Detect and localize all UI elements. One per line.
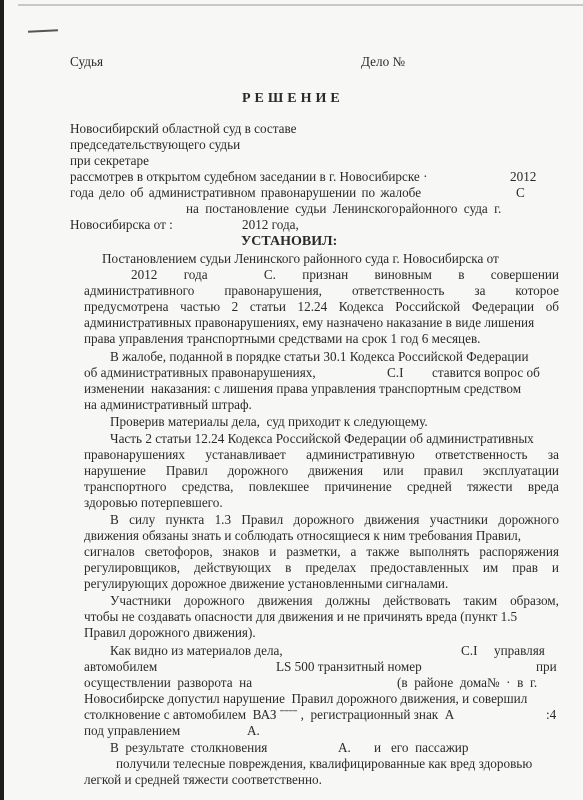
p6-line-1: Участники дорожного движения должны дейс… xyxy=(110,593,559,609)
p7-line-6b: А. xyxy=(247,723,260,739)
p5-line-2: движения обязаны знать и соблюдать относ… xyxy=(84,528,521,544)
intro-line-4: рассмотрев в открытом судебном заседании… xyxy=(70,169,427,185)
p2-line-4: на административный штраф. xyxy=(84,397,252,413)
p7-line-6a: под управлением xyxy=(84,723,180,739)
p3-line-1: Проверив материалы дела, суд приходит к … xyxy=(110,414,428,430)
p1-line-4: предусмотрена частью 2 статьи 12.24 Коде… xyxy=(84,299,559,315)
intro-line-6: на постановление судьи Ленинского xyxy=(186,201,398,217)
p1-line-2: 2012 года С. признан виновным в совершен… xyxy=(131,267,559,283)
p2-line-1: В жалобе, поданной в порядке статьи 30.1… xyxy=(110,349,529,365)
p7-line-3a: осуществлении разворота на xyxy=(84,675,252,691)
p1-line-5: административных правонарушениях, ему на… xyxy=(84,315,534,331)
p1-line-6: права управления транспортными средствам… xyxy=(84,331,480,347)
p7-line-3b: (в районе дома№ · в г. xyxy=(397,675,537,691)
p4-line-1: Часть 2 статьи 12.24 Кодекса Российской … xyxy=(110,431,534,447)
intro-line-6b: районного суда г. xyxy=(399,201,501,217)
p7-line-2c: при xyxy=(536,659,557,675)
case-number-label: Дело № xyxy=(361,54,405,70)
p2-line-2c: ставится вопрос об xyxy=(432,365,540,381)
p7-line-1c: управляя xyxy=(494,643,545,659)
p7-line-5b: :4 xyxy=(546,707,556,723)
scan-left-edge xyxy=(0,0,4,800)
p6-line-3: Правил дорожного движения). xyxy=(84,625,256,641)
p4-line-4: транспортного средства, повлекшее причин… xyxy=(84,479,559,495)
scan-top-edge xyxy=(18,4,583,6)
corner-pen-mark xyxy=(28,29,58,33)
p1-line-1: Постановлением судьи Ленинского районног… xyxy=(102,251,499,267)
intro-line-1: Новосибирский областной суд в составе xyxy=(70,121,297,137)
p5-line-3: сигналов светофоров, знаков и разметки, … xyxy=(84,544,559,560)
p2-line-3: изменении наказания: с лишения права упр… xyxy=(84,381,521,397)
intro-line-3: при секретаре xyxy=(70,153,149,169)
p7-line-1b: С.I xyxy=(461,643,477,659)
p7-line-4: Новосибирске допустил нарушение Правил д… xyxy=(84,691,527,707)
p8-line-1c: и его пассажир xyxy=(374,740,468,756)
document-title: РЕШЕНИЕ xyxy=(242,91,344,107)
judge-label: Судья xyxy=(70,54,103,70)
p5-line-1: В силу пункта 1.3 Правил дорожного движе… xyxy=(110,512,559,528)
p7-line-1a: Как видно из материалов дела, xyxy=(110,643,283,659)
p5-line-5: регулирующих дорожное движение установле… xyxy=(84,576,448,592)
document-page: Судья Дело № РЕШЕНИЕ Новосибирский облас… xyxy=(4,0,583,800)
intro-year: 2012 xyxy=(510,169,536,185)
established-heading: УСТАНОВИЛ: xyxy=(241,234,337,250)
p8-line-2: получили телесные повреждения, квалифици… xyxy=(116,756,532,772)
intro-line-5: года дело об административном правонаруш… xyxy=(70,185,421,201)
p2-line-2a: об административных правонарушениях, xyxy=(84,365,316,381)
p6-line-2: чтобы не создавать опасности для движени… xyxy=(84,609,517,625)
p5-line-4: регулировщиков, действующих в пределах п… xyxy=(84,560,559,576)
p8-line-3: легкой и средней тяжести соответственно. xyxy=(84,772,322,788)
p7-line-2a: автомобилем xyxy=(84,659,157,675)
p7-line-2b: LS 500 транзитный номер xyxy=(276,659,422,675)
p8-line-1b: А. xyxy=(338,740,351,756)
intro-line-2: председательствующего судьи xyxy=(70,137,240,153)
p2-line-2b: С.I xyxy=(387,365,403,381)
p4-line-3: нарушение Правил дорожного движения или … xyxy=(84,463,559,479)
p7-line-5a: столкновение с автомобилем ВАЗ ˉˉˉˉ , ре… xyxy=(84,707,454,723)
p8-line-1a: В результате столкновения xyxy=(110,740,267,756)
p4-line-5: здоровью потерпевшего. xyxy=(84,495,223,511)
p1-line-3: административного правонарушения, ответс… xyxy=(84,283,559,299)
intro-initial: С xyxy=(516,185,525,201)
intro-line-7b: 2012 года, xyxy=(242,217,299,233)
p4-line-2: правонарушениях устанавливает администра… xyxy=(84,447,559,463)
intro-line-7: Новосибирска от : xyxy=(70,217,173,233)
